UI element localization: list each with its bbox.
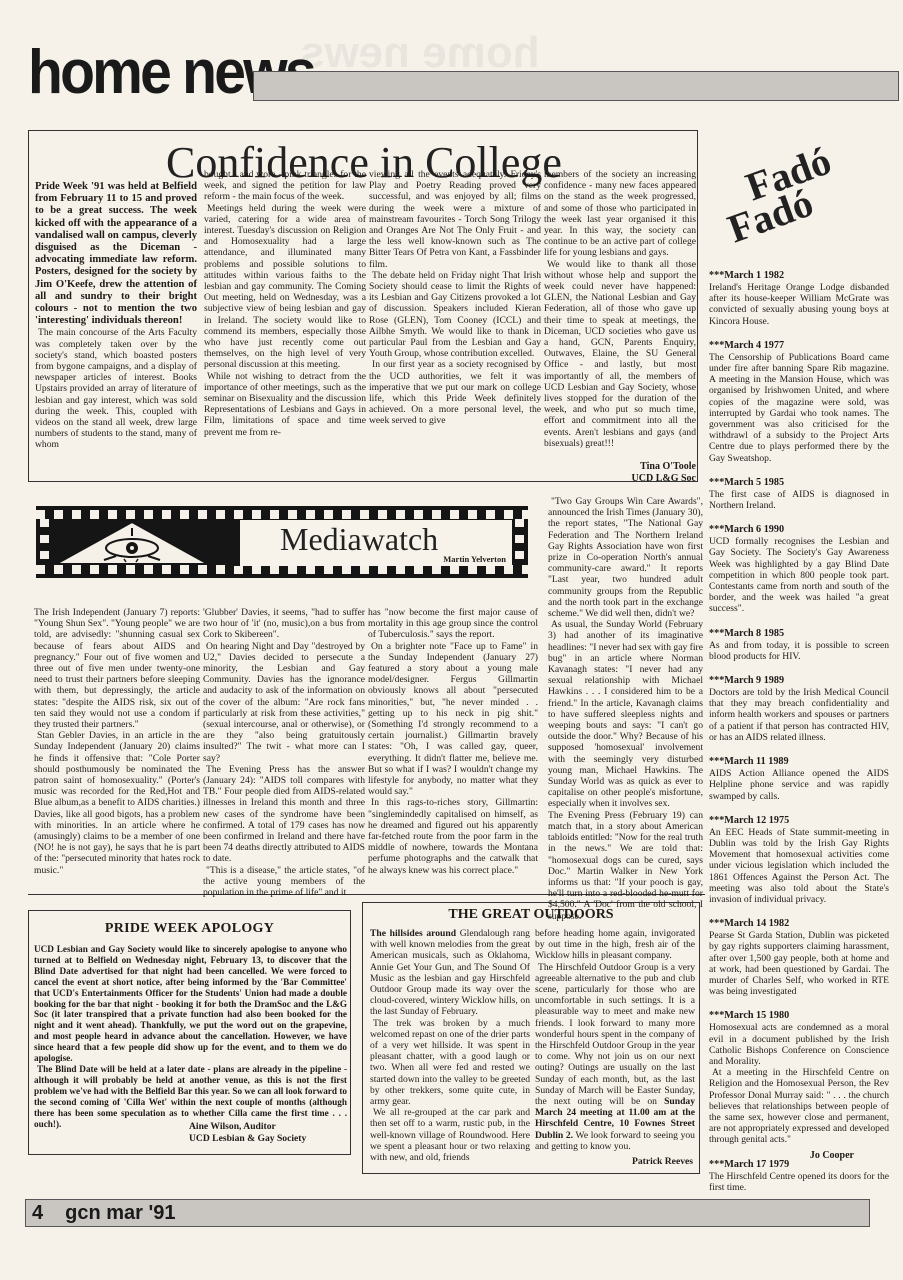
entry-date: ***March 6 1990 xyxy=(709,524,889,536)
article-text: Glendalough rang with well known melodie… xyxy=(370,928,530,1017)
fado-author: Jo Cooper xyxy=(750,1150,854,1162)
entry-date: ***March 15 1980 xyxy=(709,1010,889,1022)
entry-text: Pearse St Garda Station, Dublin was pick… xyxy=(709,930,889,997)
article-column-4: "Two Gay Groups Win Care Awards", announ… xyxy=(548,496,703,922)
article-mediawatch: Mediawatch Martin Yelverton The Irish In… xyxy=(28,480,705,895)
issue-label: gcn mar '91 xyxy=(65,1202,175,1224)
article-column-3: viewing all the events adequately. Frida… xyxy=(369,169,541,427)
mediawatch-title-panel: Mediawatch Martin Yelverton xyxy=(232,520,512,566)
article-lead-words: The hillsides around xyxy=(370,928,456,939)
article-paragraph: "Two Gay Groups Win Care Awards", announ… xyxy=(548,496,703,619)
article-paragraph: While not wishing to detract from the im… xyxy=(204,371,366,438)
article-paragraph: On a brighter note "Face up to Fame" in … xyxy=(368,641,538,798)
page-footer-bar: 4gcn mar '91 xyxy=(25,1199,870,1227)
article-headline: THE GREAT OUTDOORS xyxy=(363,907,699,923)
entry-text: Homosexual acts are condemned as a moral… xyxy=(709,1022,889,1067)
entry-text: The first case of AIDS is diagnosed in N… xyxy=(709,489,889,511)
entry-text: An EEC Heads of State summit-meeting in … xyxy=(709,827,889,905)
masthead-rule-bar xyxy=(253,71,899,101)
article-confidence-in-college: Confidence in College Pride Week '91 was… xyxy=(28,130,698,482)
article-paragraph: viewing all the events adequately. Frida… xyxy=(369,169,541,270)
notice-signature: Aine Wilson, Auditor UCD Lesbian & Gay S… xyxy=(189,1121,347,1144)
article-paragraph: The debate held on Friday night That Iri… xyxy=(369,270,541,360)
article-paragraph: On hearing Night and Day "destroyed by U… xyxy=(203,641,365,764)
article-paragraph: members of the society an increasing con… xyxy=(544,169,696,259)
checker-border xyxy=(36,510,528,519)
entry-date: ***March 9 1989 xyxy=(709,675,889,687)
entry-text: At a meeting in the Hirschfeld Centre on… xyxy=(709,1067,889,1145)
entry-date: ***March 12 1975 xyxy=(709,815,889,827)
fado-title-word: Fadó xyxy=(722,179,820,253)
article-lead-paragraph: Pride Week '91 was held at Belfield from… xyxy=(35,181,197,327)
article-paragraph: In our first year as a society recognise… xyxy=(369,359,541,426)
entry-text: UCD formally recognises the Lesbian and … xyxy=(709,536,889,614)
notice-paragraph: UCD Lesbian and Gay Society would like t… xyxy=(34,944,347,1064)
article-paragraph: The Hirschfeld Outdoor Group is a very a… xyxy=(535,962,695,1152)
notice-paragraph: The Blind Date will be held at a later d… xyxy=(34,1064,347,1129)
article-column-2: before heading home again, invigorated b… xyxy=(535,928,695,1152)
entry-date: ***March 14 1982 xyxy=(709,918,889,930)
article-column-1: The Irish Independent (January 7) report… xyxy=(34,607,200,876)
mediawatch-byline: Martin Yelverton xyxy=(443,554,506,564)
article-column-4: members of the society an increasing con… xyxy=(544,169,696,485)
entry-date: ***March 11 1989 xyxy=(709,756,889,768)
checker-border xyxy=(36,565,528,574)
article-paragraph: Stan Gebler Davies, in an article in the… xyxy=(34,730,200,876)
entry-text: Ireland's Heritage Orange Lodge disbande… xyxy=(709,282,889,327)
entry-text: The Hirschfeld Centre opened its doors f… xyxy=(709,1171,889,1193)
all-seeing-eye-icon xyxy=(52,520,212,566)
article-column-2: bought - and wore - pink triangles for t… xyxy=(204,169,366,438)
article-paragraph: 'Glubber' Davies, it seems, "had to suff… xyxy=(203,607,365,641)
article-text: The Hirschfeld Outdoor Group is a very a… xyxy=(535,962,695,1107)
entry-date: ***March 8 1985 xyxy=(709,628,889,640)
entry-date: ***March 5 1985 xyxy=(709,477,889,489)
article-paragraph: We would like to thank all those without… xyxy=(544,259,696,449)
article-paragraph: "This is a disease," the article states,… xyxy=(203,865,365,899)
article-paragraph: before heading home again, invigorated b… xyxy=(535,928,695,962)
entry-text: As and from today, it is possible to scr… xyxy=(709,640,889,662)
mediawatch-banner: Mediawatch Martin Yelverton xyxy=(36,506,528,578)
notice-author: Aine Wilson, Auditor xyxy=(189,1121,347,1133)
notice-author-org: UCD Lesbian & Gay Society xyxy=(189,1133,347,1145)
fado-fado-column: ***March 1 1982 Ireland's Heritage Orang… xyxy=(709,270,889,1193)
entry-text: Doctors are told by the Irish Medical Co… xyxy=(709,687,889,743)
entry-date: ***March 4 1977 xyxy=(709,340,889,352)
article-paragraph: The hillsides around Glendalough rang wi… xyxy=(370,928,530,1018)
article-paragraph: The main concourse of the Arts Faculty w… xyxy=(35,327,197,450)
article-paragraph: The Irish Independent (January 7) report… xyxy=(34,607,200,730)
entry-text: AIDS Action Alliance opened the AIDS Hel… xyxy=(709,768,889,802)
checker-border xyxy=(40,519,49,565)
article-paragraph: The trek was broken by a much welcomed r… xyxy=(370,1018,530,1108)
article-paragraph: bought - and wore - pink triangles for t… xyxy=(204,169,366,203)
checker-border xyxy=(515,519,524,565)
article-great-outdoors: THE GREAT OUTDOORS The hillsides around … xyxy=(362,902,700,1174)
article-paragraph: The Evening Press has the answer (Januar… xyxy=(203,764,365,865)
entry-date: ***March 1 1982 xyxy=(709,270,889,282)
notice-headline: PRIDE WEEK APOLOGY xyxy=(29,921,350,937)
article-column-1: The hillsides around Glendalough rang wi… xyxy=(370,928,530,1163)
article-column-2: 'Glubber' Davies, it seems, "had to suff… xyxy=(203,607,365,898)
entry-text: The Censorship of Publications Board cam… xyxy=(709,352,889,464)
article-paragraph: As usual, the Sunday World (February 3) … xyxy=(548,619,703,809)
page-number: 4 xyxy=(32,1202,43,1224)
fado-fado-heading: Fadó Fadó xyxy=(725,150,875,260)
article-paragraph: In this rags-to-riches story, Gillmartin… xyxy=(368,797,538,875)
notice-body: UCD Lesbian and Gay Society would like t… xyxy=(34,944,347,1129)
footer-text: 4gcn mar '91 xyxy=(32,1202,176,1225)
article-author: Patrick Reeves xyxy=(632,1156,693,1167)
article-paragraph: has "now become the first major cause of… xyxy=(368,607,538,641)
notice-pride-week-apology: PRIDE WEEK APOLOGY UCD Lesbian and Gay S… xyxy=(28,910,351,1155)
article-paragraph: Meetings held during the week were varie… xyxy=(204,203,366,371)
article-column-1: Pride Week '91 was held at Belfield from… xyxy=(35,181,197,451)
mediawatch-headline: Mediawatch xyxy=(280,521,438,557)
article-column-3: has "now become the first major cause of… xyxy=(368,607,538,876)
article-author: Tina O'Toole xyxy=(544,461,696,473)
article-paragraph: We all re-grouped at the car park and th… xyxy=(370,1107,530,1163)
